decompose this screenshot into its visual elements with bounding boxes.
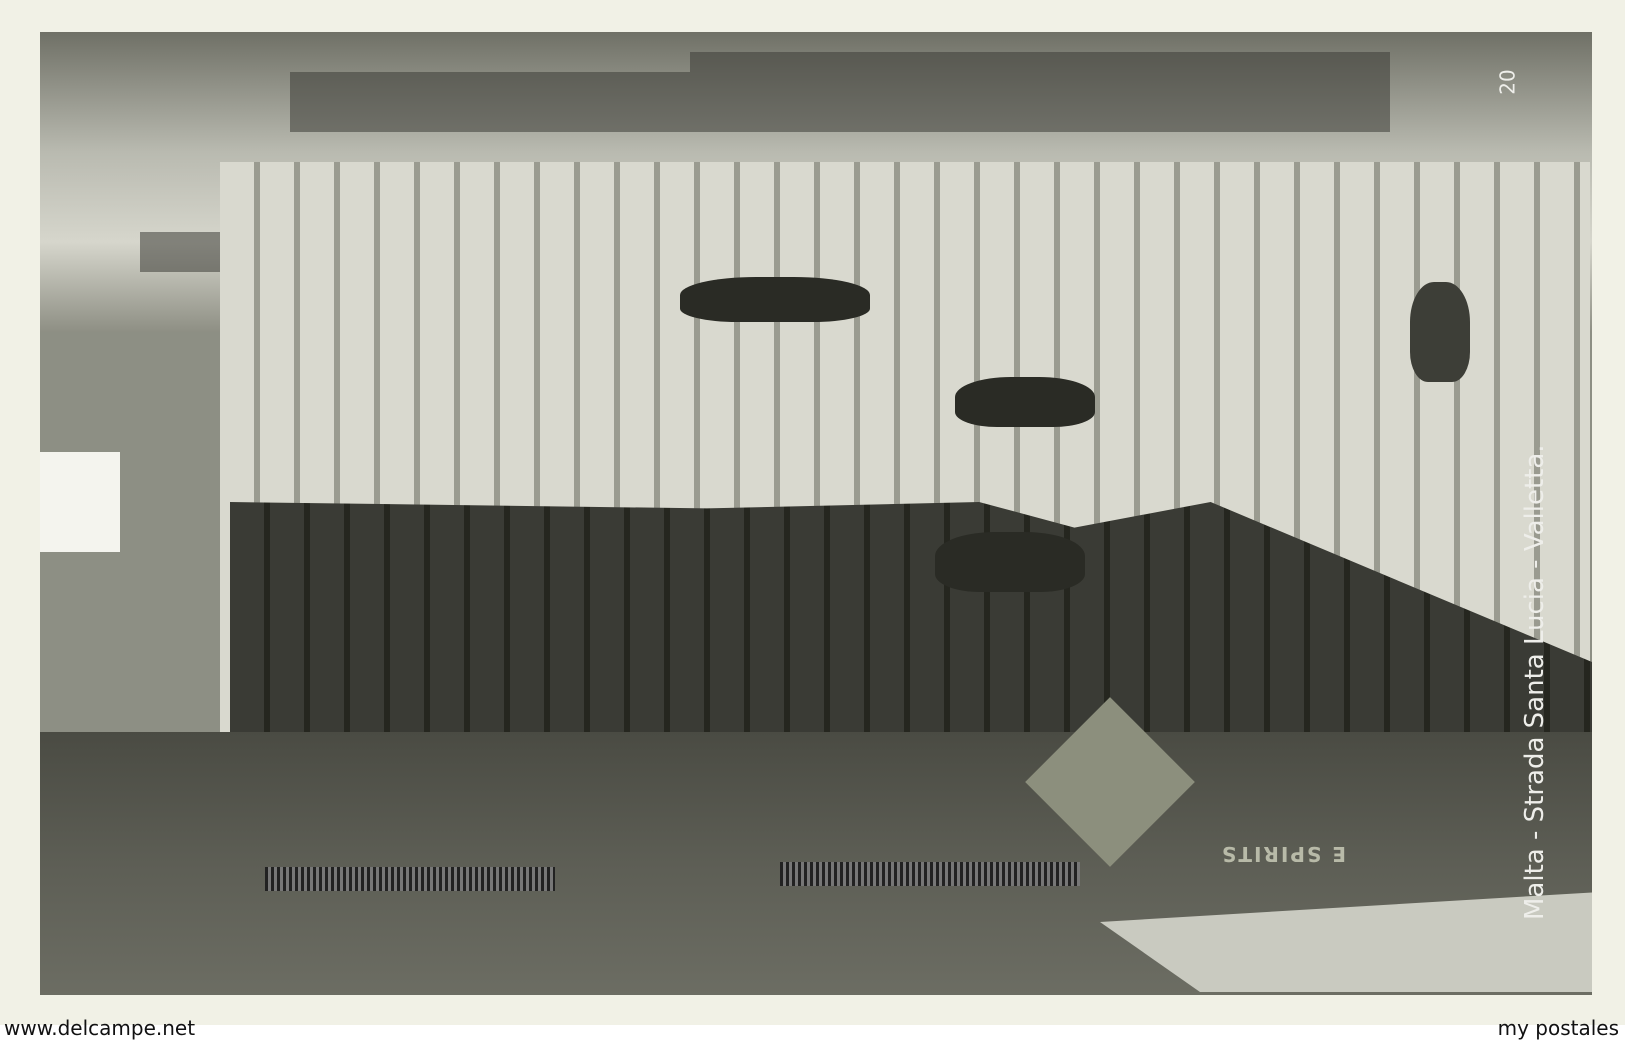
watermark-delcampe: www.delcampe.net <box>4 1016 195 1040</box>
pedestrian <box>680 277 870 322</box>
watermark-mypostales: my postales <box>1498 1016 1619 1040</box>
pedestrian <box>955 377 1095 427</box>
photograph: E SPIRITS <box>40 32 1592 995</box>
shop-sign: E SPIRITS <box>1220 842 1346 866</box>
pedestrian <box>935 532 1085 592</box>
postcard-caption: Malta - Strada Santa Lucia - Valletta. <box>1520 444 1550 920</box>
postcard: E SPIRITS 20 Malta - Strada Santa Lucia … <box>0 0 1625 1025</box>
pedestrian <box>1410 282 1470 382</box>
sky-patch <box>40 452 120 552</box>
card-number: 20 <box>1496 69 1520 94</box>
